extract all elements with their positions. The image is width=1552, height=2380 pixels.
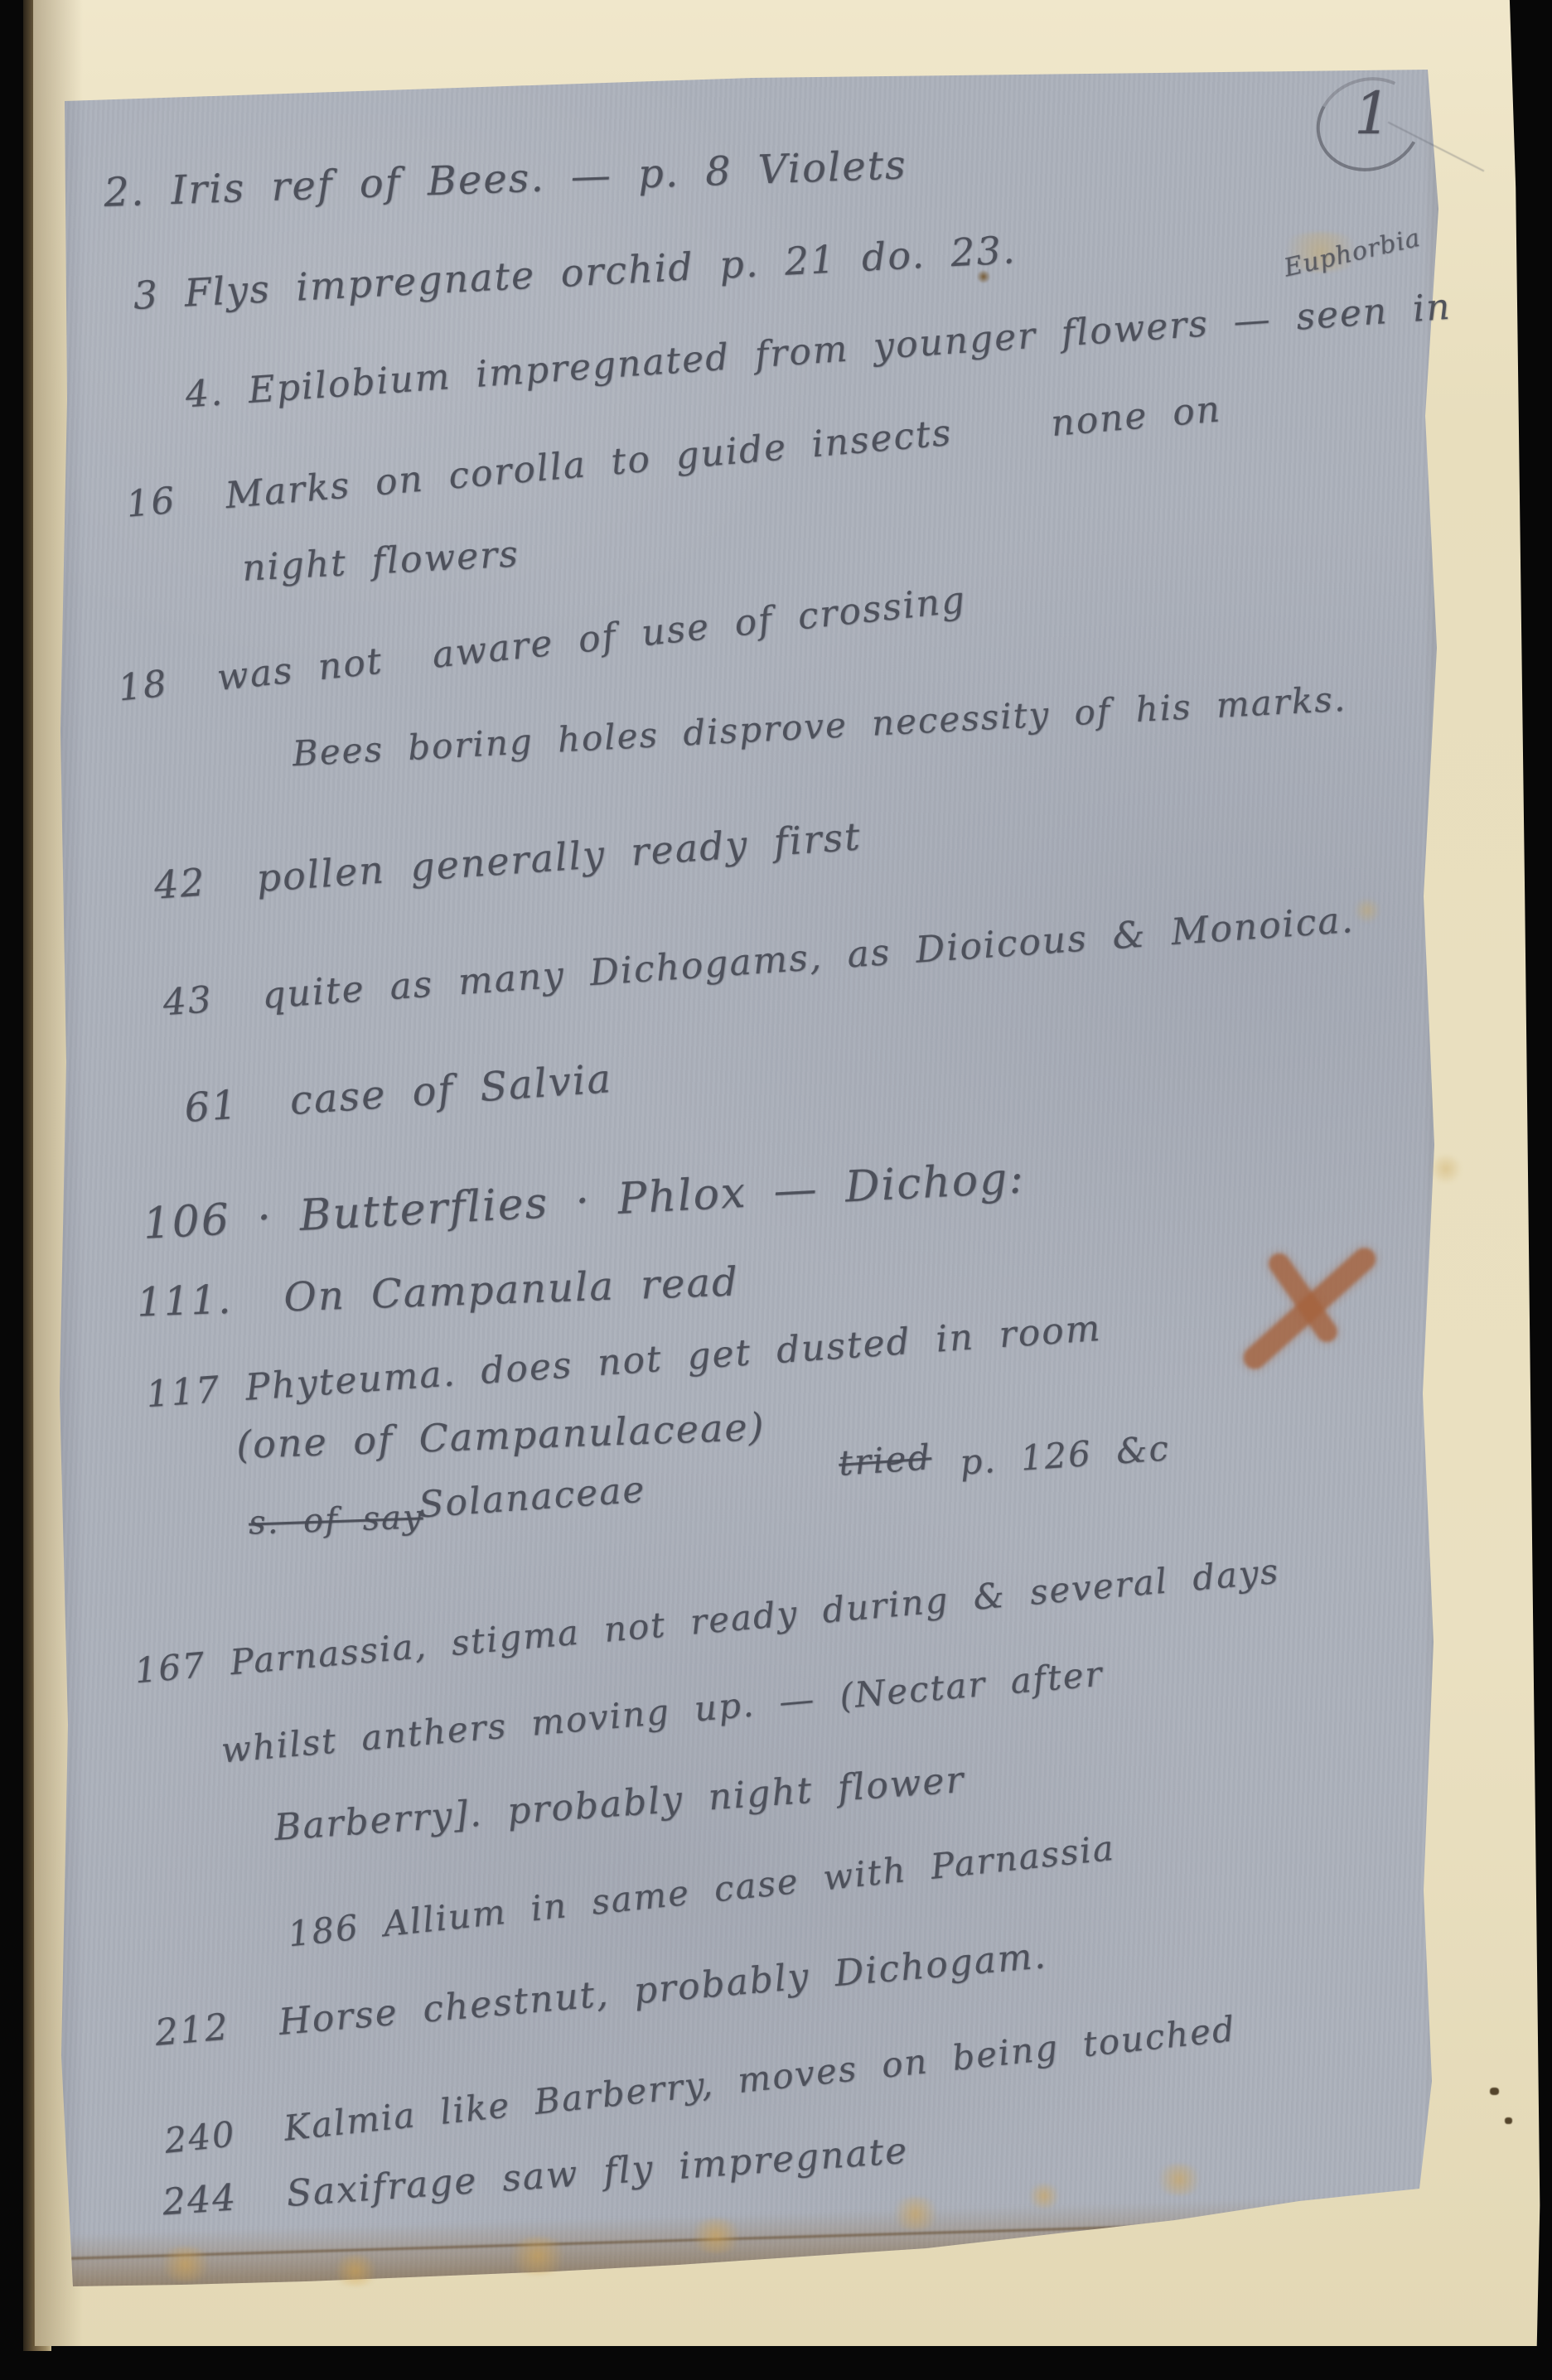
paper-speck — [1505, 2117, 1512, 2124]
fox-spot — [1429, 1155, 1463, 1183]
strikethrough-text: tried — [837, 1436, 932, 1484]
burn-spot — [888, 2197, 943, 2230]
page-number: 1 — [1354, 80, 1391, 147]
burn-spot — [330, 2255, 381, 2286]
burn-spot — [1153, 2164, 1205, 2195]
fox-spot — [1352, 898, 1382, 923]
burn-spot — [504, 2237, 572, 2275]
burn-spot — [1026, 2184, 1062, 2209]
burn-spot — [156, 2247, 215, 2281]
strikethrough-text: s. of say — [248, 1498, 423, 1542]
manuscript-scan: 1 2. Iris ref of Bees. — p. 8 Violets 3 … — [0, 0, 1552, 2380]
red-crayon-x-mark — [1236, 1238, 1377, 1370]
paper-speck — [1490, 2088, 1499, 2095]
burn-spot — [686, 2218, 746, 2253]
